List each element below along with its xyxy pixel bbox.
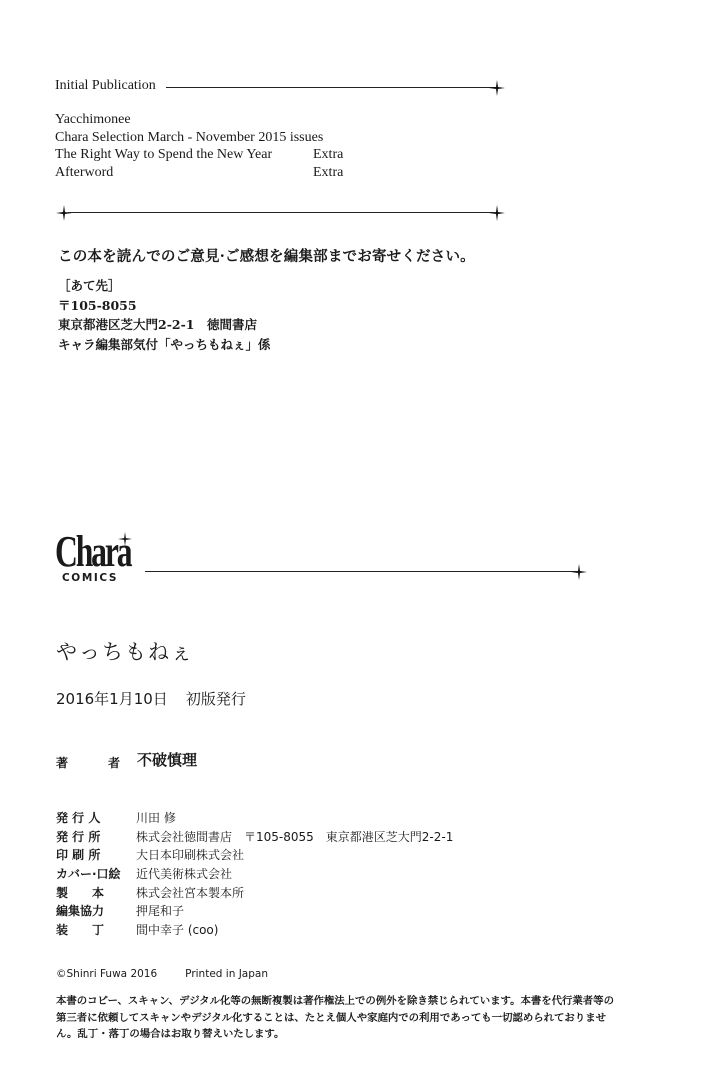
sparkle-icon: [118, 532, 132, 546]
credit-label: 装 丁: [56, 921, 120, 938]
copyright-line: ©Shinri Fuwa 2016Printed in Japan: [56, 968, 268, 980]
publication-title: The Right Way to Spend the New Year: [55, 147, 272, 162]
publication-title: Chara Selection March - November 2015 is…: [55, 130, 323, 145]
author-name: 不破慎理: [137, 749, 197, 770]
feedback-section: この本を読んでのご意見·ご感想を編集部までお寄せください。 ［あて先］ 〒105…: [58, 245, 475, 354]
sparkle-icon: [489, 205, 505, 221]
sparkle-icon: [571, 564, 587, 580]
address-line: 〒105-8055: [58, 296, 475, 316]
credit-value: 近代美術株式会社: [136, 865, 232, 882]
credit-label: 発 行 所: [56, 828, 120, 845]
edition-text: 初版発行: [186, 690, 246, 708]
printed-in: Printed in Japan: [185, 968, 268, 980]
credit-value: 株式会社宮本製本所: [136, 884, 244, 901]
logo-chara-text: Chara: [55, 530, 116, 574]
publication-source: Extra: [313, 146, 343, 164]
copyright-holder: ©Shinri Fuwa 2016: [56, 968, 157, 980]
credit-value: 大日本印刷株式会社: [136, 846, 244, 863]
credit-value: 押尾和子: [136, 902, 184, 919]
divider-line: [166, 87, 496, 88]
author-label-1: 著: [56, 756, 68, 770]
mailing-address: ［あて先］ 〒105-8055 東京都港区芝大門2-2-1 徳間書店 キャラ編集…: [58, 276, 475, 354]
publication-row: The Right Way to Spend the New YearExtra: [55, 146, 323, 164]
credit-label: 印 刷 所: [56, 846, 120, 863]
credit-label: 編集協力: [56, 902, 120, 919]
sparkle-icon: [489, 80, 505, 96]
feedback-heading: この本を読んでのご意見·ご感想を編集部までお寄せください。: [58, 245, 475, 266]
publication-source: Extra: [313, 164, 343, 182]
address-line: ［あて先］: [58, 276, 475, 296]
publication-list: Yacchimonee Chara Selection March - Nove…: [55, 111, 323, 181]
credit-value: 間中幸子 (coo): [136, 921, 218, 938]
divider-line: [145, 571, 577, 572]
credit-value: 川田 修: [136, 809, 176, 826]
divider-line: [68, 212, 494, 213]
publication-row: Chara Selection March - November 2015 is…: [55, 129, 323, 147]
copy-notice: 本書のコピー、スキャン、デジタル化等の無断複製は著作権法上での例外を除き禁じられ…: [56, 993, 616, 1043]
publication-row: Yacchimonee: [55, 111, 323, 129]
credit-label: 製 本: [56, 884, 120, 901]
book-title: やっちもねぇ: [56, 636, 194, 666]
publication-title: Afterword: [55, 165, 113, 180]
date-text: 2016年1月10日: [56, 690, 168, 708]
author-label-2: 者: [108, 754, 120, 771]
author-label: 著者: [56, 754, 130, 771]
initial-publication-label: Initial Publication: [55, 78, 156, 94]
publication-title: Yacchimonee: [55, 112, 131, 127]
credit-label: カバー·口絵: [56, 865, 120, 882]
publication-row: AfterwordExtra: [55, 164, 323, 182]
credit-label: 発 行 人: [56, 809, 120, 826]
publication-date: 2016年1月10日初版発行: [56, 688, 246, 709]
credit-value: 株式会社徳間書店 〒105-8055 東京都港区芝大門2-2-1: [136, 828, 453, 845]
address-line: 東京都港区芝大門2-2-1 徳間書店: [58, 315, 475, 335]
author-row: 著者 不破慎理: [56, 752, 130, 771]
address-line: キャラ編集部気付「やっちもねぇ」係: [58, 335, 475, 355]
